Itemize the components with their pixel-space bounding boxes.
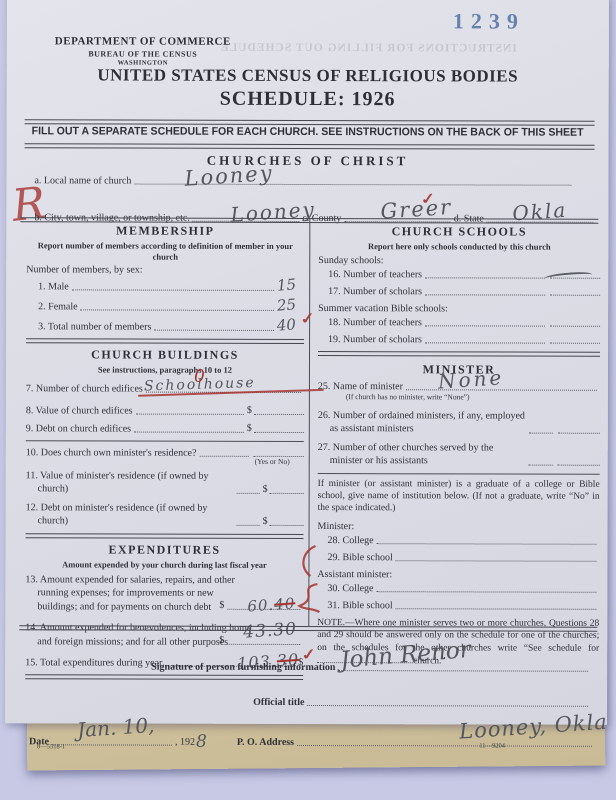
handwritten-female-count: 25 xyxy=(276,295,297,315)
dotted-line xyxy=(237,525,260,526)
handwritten-amount-13: 60.40 xyxy=(247,594,296,615)
pencil-dash-mark xyxy=(544,270,593,282)
question-row-total-members: 3. Total number of members 40 ✓ xyxy=(26,319,304,334)
bureau-name: BUREAU OF THE CENSUS xyxy=(33,49,253,60)
dotted-line xyxy=(154,330,274,331)
question-row-other-churches: 27. Number of other churches served by t… xyxy=(318,441,600,468)
expenditures-subheading: Amount expended by your church during la… xyxy=(31,559,297,570)
buildings-heading: CHURCH BUILDINGS xyxy=(26,348,304,364)
question-row-ss-teachers: 16. Number of teachers xyxy=(318,269,600,281)
form-title: UNITED STATES CENSUS OF RELIGIOUS BODIES xyxy=(7,65,609,87)
dotted-answer-space xyxy=(550,342,600,343)
question-row-ordained-ministers: 26. Number of ordained ministers, if any… xyxy=(318,409,600,436)
date-address-row: Date 8—5518-1 Jan. 10, , 192 8 P. O. Add… xyxy=(29,731,595,748)
question-label: 9. Debt on church edifices xyxy=(26,423,131,434)
question-label: 28. College xyxy=(328,535,374,546)
question-row-ss-scholars: 17. Number of scholars xyxy=(318,286,600,298)
dotted-line xyxy=(237,493,260,494)
handwritten-year-digit: 8 xyxy=(196,732,207,752)
question-row-bible-school: 29. Bible school xyxy=(317,552,599,564)
printed-year-prefix: , 192 xyxy=(175,737,195,748)
question-label: 29. Bible school xyxy=(327,552,392,563)
question-label: 3. Total number of members xyxy=(38,322,151,333)
question-label: 17. Number of scholars xyxy=(328,286,422,297)
question-row-svb-scholars: 19. Number of scholars xyxy=(318,334,600,346)
divider-rule xyxy=(318,351,600,357)
bleedthrough-text: INSTRUCTIONS FOR FILLING OUT SCHEDULE xyxy=(207,42,517,55)
divider-rule xyxy=(318,473,600,475)
divider-rule xyxy=(26,440,304,442)
handwritten-male-count: 15 xyxy=(276,275,297,295)
handwritten-date: Jan. 10, xyxy=(76,713,155,742)
print-code: 11—9204 xyxy=(479,742,505,749)
dotted-line xyxy=(307,705,588,707)
question-row-salaries: 13. Amount expended for salaries, repair… xyxy=(25,573,303,614)
question-label: 19. Number of scholars xyxy=(328,334,422,345)
form-number: 8—5518-1 xyxy=(37,743,65,750)
form-subtitle: SCHEDULE: 1926 xyxy=(7,87,609,112)
field-local-name: a. Local name of church Looney xyxy=(34,175,574,187)
divider-rule xyxy=(25,143,595,149)
question-label: 30. College xyxy=(327,583,373,594)
red-check-icon: ✓ xyxy=(299,310,317,329)
dotted-line xyxy=(136,413,244,414)
red-scribble-marks xyxy=(295,542,323,616)
question-row-residence-debt: 12. Debt on minister's residence (if own… xyxy=(26,501,304,528)
question-row-residence-value: 11. Value of minister's residence (if ow… xyxy=(26,469,304,496)
question-label: 2. Female xyxy=(38,302,77,313)
graduate-instruction-note: If minister (or assistant minister) is a… xyxy=(318,478,600,516)
dollar-sign: $ xyxy=(219,600,224,611)
question-row-asst-college: 30. College xyxy=(317,583,599,595)
dollar-sign: $ xyxy=(247,423,252,434)
question-row-svb-teachers: 18. Number of teachers xyxy=(318,317,600,329)
assistant-minister-label: Assistant minister: xyxy=(317,569,599,581)
summer-schools-label: Summer vacation Bible schools: xyxy=(318,303,600,315)
po-address-label: P. O. Address xyxy=(237,737,294,748)
question-row-female: 2. Female 25 xyxy=(26,299,304,314)
instruction-banner: FILL OUT A SEPARATE SCHEDULE FOR EACH CH… xyxy=(28,125,587,138)
membership-intro: Number of members, by sex: xyxy=(26,265,304,277)
dotted-line xyxy=(72,290,274,292)
dotted-line xyxy=(377,543,597,545)
denomination-heading: CHURCHES OF CHRIST xyxy=(6,152,608,170)
sunday-schools-label: Sunday schools: xyxy=(318,255,600,267)
question-label: 27. Number of other churches served by t… xyxy=(318,441,526,468)
dotted-line xyxy=(297,745,592,747)
signature-label: Signature of person furnishing informati… xyxy=(151,662,335,673)
agency-block: DEPARTMENT OF COMMERCE BUREAU OF THE CEN… xyxy=(33,35,253,67)
schools-subheading: Report here only schools conducted by th… xyxy=(324,241,594,252)
official-title-label: Official title xyxy=(253,697,304,708)
dotted-answer-space xyxy=(550,294,600,295)
dotted-answer-space xyxy=(270,525,304,526)
expenditures-heading: EXPENDITURES xyxy=(25,542,303,558)
dotted-line xyxy=(199,456,248,457)
amount-dollars: 60. xyxy=(247,596,275,616)
dotted-answer-space xyxy=(254,414,304,415)
membership-subheading: Report number of members according to de… xyxy=(32,240,298,262)
membership-heading: MEMBERSHIP xyxy=(26,223,304,239)
department-name: DEPARTMENT OF COMMERCE xyxy=(33,35,253,49)
question-label: 1. Male xyxy=(38,282,69,293)
question-label: 8. Value of church edifices xyxy=(26,405,133,416)
dotted-line xyxy=(396,560,597,562)
handwritten-po-address: Looney, Okla xyxy=(458,710,608,744)
question-row-college: 28. College xyxy=(318,535,600,547)
dotted-answer-space xyxy=(254,456,304,457)
dotted-line xyxy=(425,325,545,326)
dotted-line xyxy=(52,744,172,745)
question-row-edifices: 7. Number of church edifices Schoolhouse… xyxy=(26,383,304,395)
dotted-line xyxy=(377,591,597,593)
dollar-sign: $ xyxy=(219,635,224,646)
dotted-line xyxy=(425,294,545,295)
question-label: 18. Number of teachers xyxy=(328,317,422,328)
question-row-edifice-value: 8. Value of church edifices $ xyxy=(26,404,304,417)
question-row-own-residence: 10. Does church own minister's residence… xyxy=(26,447,304,459)
amount-cents-struck: 40 xyxy=(274,594,296,613)
question-label: 25. Name of minister xyxy=(318,381,403,392)
official-title-row: Official title xyxy=(25,696,591,708)
dotted-line xyxy=(425,342,545,343)
question-label: 16. Number of teachers xyxy=(328,269,422,280)
question-row-male: 1. Male 15 xyxy=(26,279,304,294)
dotted-line xyxy=(227,644,300,645)
question-label: 12. Debt on minister's residence (if own… xyxy=(26,501,234,528)
dollar-sign: $ xyxy=(263,484,268,495)
dollar-sign: $ xyxy=(263,516,268,527)
dotted-line xyxy=(529,432,553,433)
dotted-answer-space xyxy=(558,432,600,433)
question-row-asst-bible-school: 31. Bible school xyxy=(317,600,599,612)
dotted-line xyxy=(396,608,597,610)
schools-heading: CHURCH SCHOOLS xyxy=(318,224,600,240)
red-zero-correction: 0 xyxy=(194,367,205,387)
handwritten-church-name: Looney xyxy=(184,161,274,191)
dotted-answer-space xyxy=(270,493,304,494)
dollar-sign: $ xyxy=(247,405,252,416)
handwritten-total-count: 40 xyxy=(276,315,297,335)
dotted-line xyxy=(425,277,545,278)
question-label: 10. Does church own minister's residence… xyxy=(26,447,197,458)
dotted-line xyxy=(529,464,553,465)
buildings-subheading: See instructions, paragraphs 10 to 12 xyxy=(32,365,298,376)
serial-number-stamp: 1239 xyxy=(453,8,525,34)
dotted-answer-space xyxy=(254,432,304,433)
divider-rule xyxy=(26,533,304,539)
divider-rule xyxy=(25,674,303,680)
dotted-answer-space xyxy=(550,325,600,326)
right-column: CHURCH SCHOOLS Report here only schools … xyxy=(317,224,600,669)
census-schedule-page: 1239 INSTRUCTIONS FOR FILLING OUT SCHEDU… xyxy=(5,0,609,725)
question-label: 26. Number of ordained ministers, if any… xyxy=(318,409,526,436)
question-label: 7. Number of church edifices xyxy=(26,383,143,394)
question-label: 31. Bible school xyxy=(327,600,392,611)
minister-label: Minister: xyxy=(318,521,600,533)
question-row-edifice-debt: 9. Debt on church edifices $ xyxy=(26,422,304,435)
divider-rule xyxy=(26,339,304,345)
dotted-line xyxy=(81,310,274,312)
red-check-icon: ✓ xyxy=(419,190,437,209)
minister-none-hint: (If church has no minister, write “None”… xyxy=(346,392,600,402)
field-label: a. Local name of church xyxy=(34,175,131,186)
dotted-answer-space xyxy=(558,464,600,465)
question-row-minister-name: 25. Name of minister None xyxy=(318,381,600,393)
left-column: MEMBERSHIP Report number of members acco… xyxy=(25,223,304,680)
question-label: 11. Value of minister's residence (if ow… xyxy=(26,469,234,496)
handwritten-minister-none: None xyxy=(437,365,505,393)
dotted-line xyxy=(134,431,244,432)
signature-row: Signature of person furnishing informati… xyxy=(25,661,591,673)
